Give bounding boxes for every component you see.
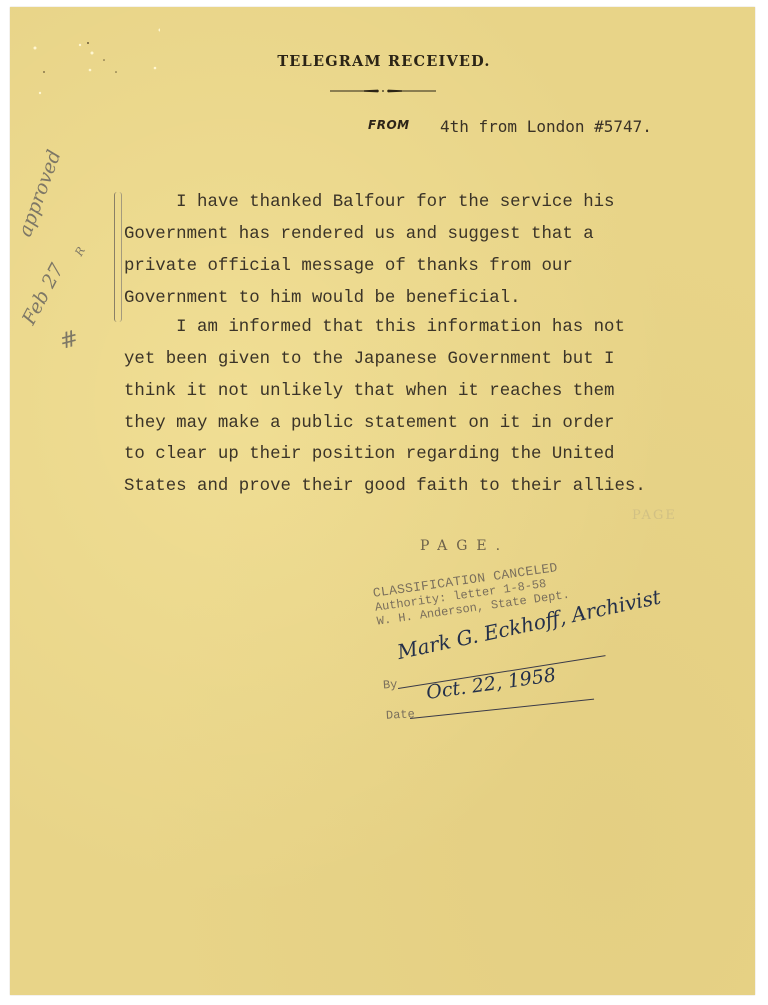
stamp-date-label: Date [386,707,416,722]
ornamental-divider-icon [330,87,436,95]
body-line: Government to him would be beneficial. [124,289,521,308]
body-line: think it not unlikely that when it reach… [124,382,615,401]
body-line: to clear up their position regarding the… [124,445,615,464]
body-line: private official message of thanks from … [124,257,573,276]
telegram-title: TELEGRAM RECEIVED. [0,53,768,70]
body-line: Government has rendered us and suggest t… [124,225,594,244]
margin-bracket [114,192,122,322]
body-line: yet been given to the Japanese Governmen… [124,350,615,369]
body-line: they may make a public statement on it i… [124,414,615,433]
page-mark: PAGE. [420,538,509,554]
ghost-page-mark: PAGE [632,508,677,523]
body-line: I have thanked Balfour for the service h… [124,193,615,212]
body-line: States and prove their good faith to the… [124,477,646,496]
from-value: 4th from London #5747. [440,117,652,136]
telegram-page [10,7,755,995]
from-label: FROM [368,118,410,132]
body-line: I am informed that this information has … [124,318,625,337]
stamp-by-label: By [383,678,398,693]
